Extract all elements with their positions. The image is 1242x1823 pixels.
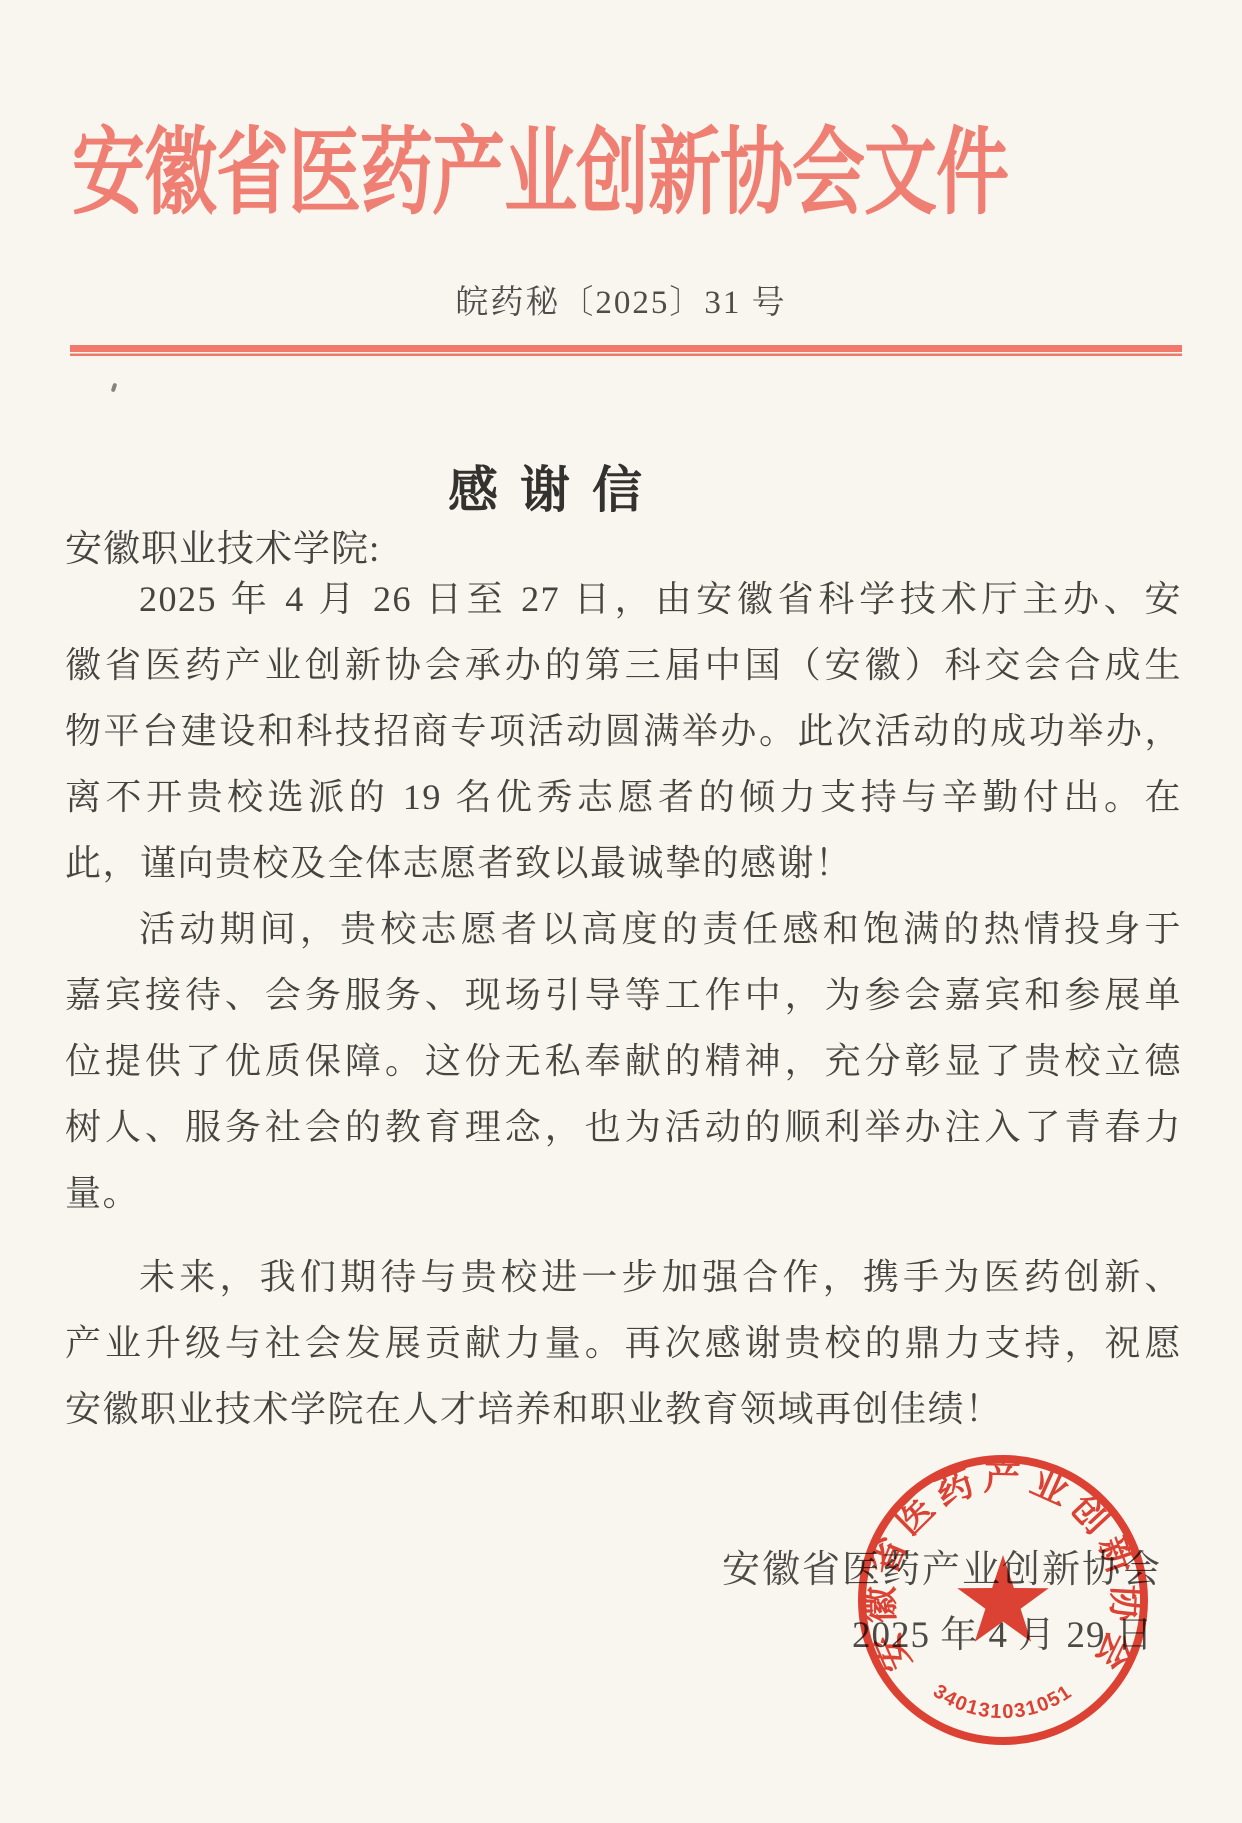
letter-title: 感谢信 [448,450,664,522]
body-line: 活动期间，贵校志愿者以高度的责任感和饱满的热情投身于 [65,896,1182,962]
body-line: 嘉宾接待、会务服务、现场引导等工作中，为参会嘉宾和参展单 [65,962,1182,1028]
document-page: 安徽省医药产业创新协会文件 皖药秘〔2025〕31 号 感谢信 安徽职业技术学院… [0,0,1242,1823]
official-seal-graphic: 安徽省医药产业创新协会 3401310310512 [853,1450,1153,1750]
body-line: 树人、服务社会的教育理念，也为活动的顺利举办注入了青春力 [65,1094,1182,1160]
body-line: 2025 年 4 月 26 日至 27 日，由安徽省科学技术厅主办、安 [65,566,1182,632]
salutation: 安徽职业技术学院: [65,518,380,572]
body-line: 徽省医药产业创新协会承办的第三届中国（安徽）科交会合成生 [65,632,1182,698]
body-line: 量。 [65,1160,1182,1226]
official-seal: 安徽省医药产业创新协会 3401310310512 [853,1450,1153,1750]
body-line: 位提供了优质保障。这份无私奉献的精神，充分彰显了贵校立德 [65,1028,1182,1094]
body-line: 产业升级与社会发展贡献力量。再次感谢贵校的鼎力支持，祝愿 [65,1310,1182,1376]
letterhead-org-title-text: 安徽省医药产业创新协会文件 [72,96,1008,233]
red-separator-rule [70,345,1182,356]
body-line: 未来，我们期待与贵校进一步加强合作，携手为医药创新、 [65,1244,1182,1310]
body-line: 安徽职业技术学院在人才培养和职业教育领域再创佳绩！ [65,1376,1182,1442]
paragraph-3: 未来，我们期待与贵校进一步加强合作，携手为医药创新、 产业升级与社会发展贡献力量… [65,1244,1182,1442]
body-line: 此，谨向贵校及全体志愿者致以最诚挚的感谢！ [65,830,1182,896]
paragraph-2: 活动期间，贵校志愿者以高度的责任感和饱满的热情投身于 嘉宾接待、会务服务、现场引… [65,896,1182,1226]
letter-body: 2025 年 4 月 26 日至 27 日，由安徽省科学技术厅主办、安 徽省医药… [65,566,1182,1442]
document-number: 皖药秘〔2025〕31 号 [0,276,1242,323]
paragraph-1: 2025 年 4 月 26 日至 27 日，由安徽省科学技术厅主办、安 徽省医药… [65,566,1182,896]
body-line: 物平台建设和科技招商专项活动圆满举办。此次活动的成功举办， [65,698,1182,764]
seal-star-icon [957,1555,1048,1642]
scan-artifact-speck [111,383,118,393]
letterhead-org-title: 安徽省医药产业创新协会文件 [72,96,952,201]
body-line: 离不开贵校选派的 19 名优秀志愿者的倾力支持与辛勤付出。在 [65,764,1182,830]
